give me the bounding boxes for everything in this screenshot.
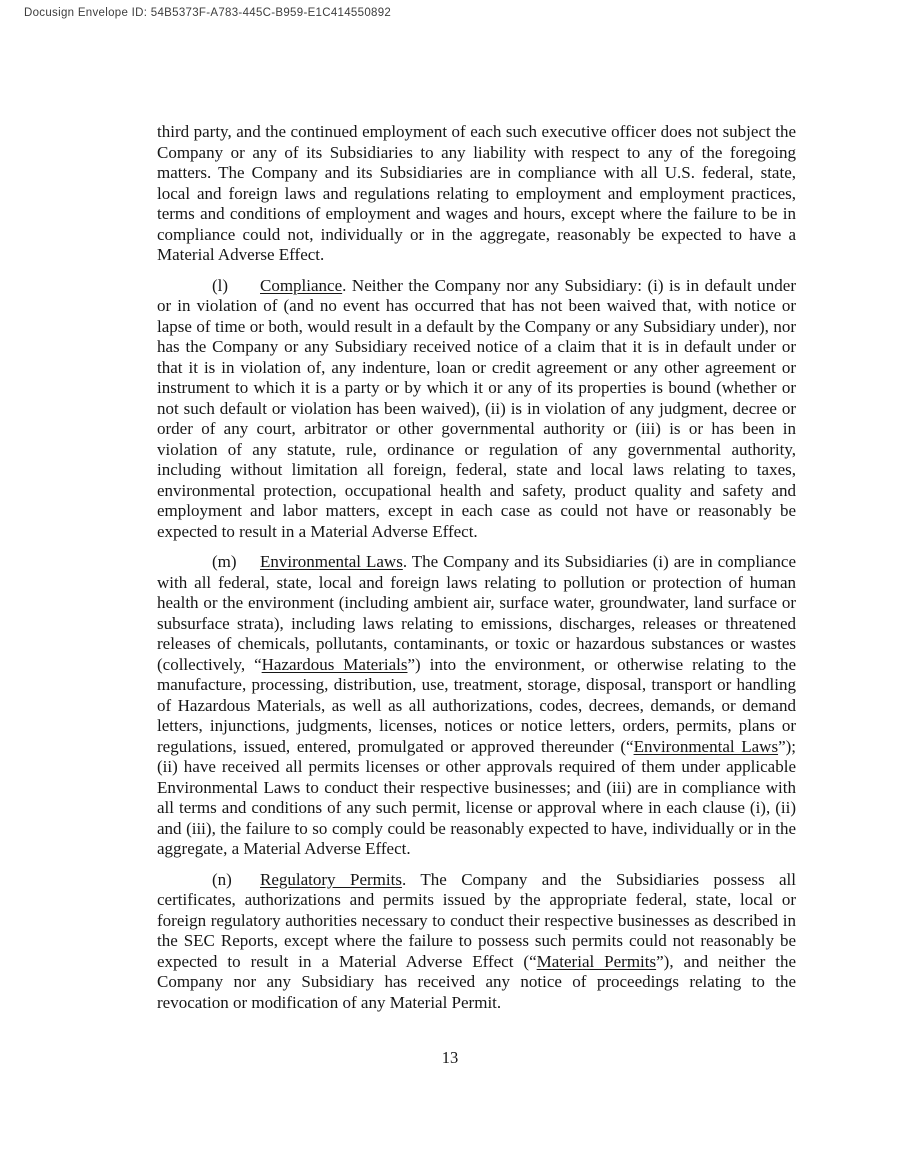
defined-term: Regulatory Permits bbox=[260, 870, 402, 889]
paragraph-regulatory-permits: (n)Regulatory Permits. The Company and t… bbox=[157, 870, 796, 1014]
defined-term: Material Permits bbox=[537, 952, 657, 971]
paragraph-text: third party, and the continued employmen… bbox=[157, 122, 796, 264]
defined-term: Hazardous Materials bbox=[262, 655, 408, 674]
paragraph-letter: (n) bbox=[212, 870, 260, 891]
document-body: third party, and the continued employmen… bbox=[157, 122, 796, 1023]
paragraph-environmental-laws: (m)Environmental Laws. The Company and i… bbox=[157, 552, 796, 860]
paragraph-text: . Neither the Company nor any Subsidiary… bbox=[157, 276, 796, 541]
paragraph-letter: (m) bbox=[212, 552, 260, 573]
page-number: 13 bbox=[0, 1048, 900, 1068]
defined-term: Compliance bbox=[260, 276, 342, 295]
paragraph-compliance: (l)Compliance. Neither the Company nor a… bbox=[157, 276, 796, 543]
paragraph-employment-compliance-continuation: third party, and the continued employmen… bbox=[157, 122, 796, 266]
document-page: Docusign Envelope ID: 54B5373F-A783-445C… bbox=[0, 0, 900, 1165]
defined-term: Environmental Laws bbox=[260, 552, 403, 571]
defined-term: Environmental Laws bbox=[634, 737, 779, 756]
docusign-envelope-id: Docusign Envelope ID: 54B5373F-A783-445C… bbox=[24, 7, 391, 19]
paragraph-letter: (l) bbox=[212, 276, 260, 297]
